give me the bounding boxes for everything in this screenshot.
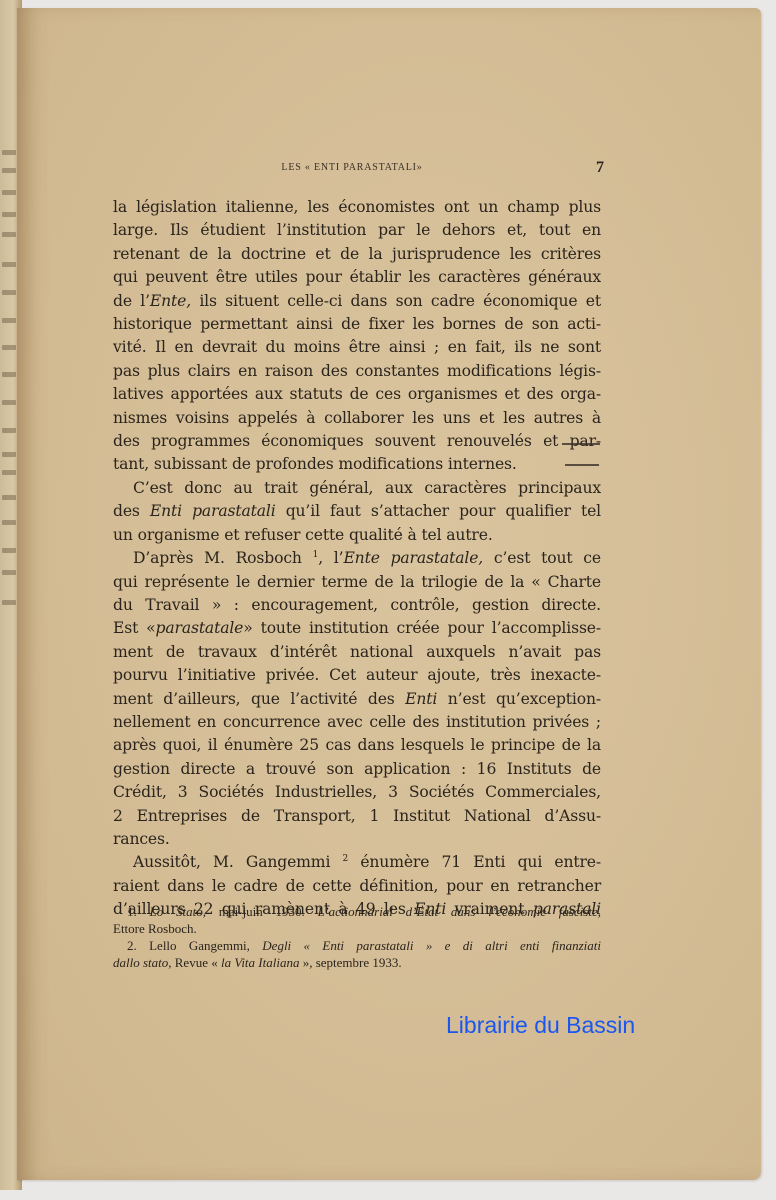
adjacent-page-text-fragment xyxy=(2,452,16,457)
body-line: rances. xyxy=(113,828,601,851)
adjacent-page-text-fragment xyxy=(2,600,16,605)
body-line: des Enti parastatali qu’il faut s’attach… xyxy=(113,500,601,523)
adjacent-page-text-fragment xyxy=(2,548,16,553)
adjacent-page-text-fragment xyxy=(2,372,16,377)
body-line: 2 Entreprises de Transport, 1 Institut N… xyxy=(113,805,601,828)
running-head: LES « ENTI PARASTATALI» 7 xyxy=(100,162,604,178)
adjacent-page-text-fragment xyxy=(2,290,16,295)
adjacent-page-text-fragment xyxy=(2,400,16,405)
pencil-underline-mark xyxy=(562,443,600,445)
footnote-line: dallo stato, Revue « la Vita Italiana »,… xyxy=(113,954,601,971)
body-line: après quoi, il énumère 25 cas dans lesqu… xyxy=(113,734,601,757)
adjacent-page-text-fragment xyxy=(2,570,16,575)
adjacent-page-text-fragment xyxy=(2,150,16,155)
adjacent-page-text-fragment xyxy=(2,262,16,267)
body-line: pas plus clairs en raison des constantes… xyxy=(113,360,601,383)
adjacent-page-text-fragment xyxy=(2,232,16,237)
body-line: retenant de la doctrine et de la jurispr… xyxy=(113,243,601,266)
page-number: 7 xyxy=(596,159,604,177)
body-line: raient dans le cadre de cette définition… xyxy=(113,875,601,898)
footnotes: 1. Lo Stato, mai-juin 1930. L’actionnari… xyxy=(113,903,601,971)
body-text: la législation italienne, les économiste… xyxy=(113,196,601,922)
running-head-title: LES « ENTI PARASTATALI» xyxy=(100,162,604,173)
body-line: D’après M. Rosboch 1, l’Ente parastatale… xyxy=(113,547,601,570)
body-line: la législation italienne, les économiste… xyxy=(113,196,601,219)
body-line: large. Ils étudient l’institution par le… xyxy=(113,219,601,242)
body-line: tant, subissant de profondes modificatio… xyxy=(113,453,601,476)
adjacent-page-text-fragment xyxy=(2,190,16,195)
footnote-line: Ettore Rosboch. xyxy=(113,920,601,937)
body-line: vité. Il en devrait du moins être ainsi … xyxy=(113,336,601,359)
adjacent-page-text-fragment xyxy=(2,168,16,173)
pencil-underline-mark xyxy=(565,464,599,466)
footnote-line: 1. Lo Stato, mai-juin 1930. L’actionnari… xyxy=(113,903,601,920)
adjacent-page-text-fragment xyxy=(2,345,16,350)
adjacent-page-text-fragment xyxy=(2,520,16,525)
adjacent-page-text-fragment xyxy=(2,495,16,500)
body-line: du Travail » : encouragement, contrôle, … xyxy=(113,594,601,617)
footnote-line: 2. Lello Gangemmi, Degli « Enti parastat… xyxy=(113,937,601,954)
adjacent-page-text-fragment xyxy=(2,318,16,323)
body-line: ment de travaux d’intérêt national auxqu… xyxy=(113,641,601,664)
body-line: Aussitôt, M. Gangemmi 2 énumère 71 Enti … xyxy=(113,851,601,874)
body-line: pourvu l’initiative privée. Cet auteur a… xyxy=(113,664,601,687)
body-line: latives apportées aux statuts de ces org… xyxy=(113,383,601,406)
body-line: de l’Ente, ils situent celle-ci dans son… xyxy=(113,290,601,313)
body-line: Crédit, 3 Sociétés Industrielles, 3 Soci… xyxy=(113,781,601,804)
body-line: nismes voisins appelés à collaborer les … xyxy=(113,407,601,430)
body-line: des programmes économiques souvent renou… xyxy=(113,430,601,453)
footnote-ref: 2 xyxy=(343,854,349,864)
adjacent-page-text-fragment xyxy=(2,470,16,475)
body-line: ment d’ailleurs, que l’activité des Enti… xyxy=(113,688,601,711)
body-line: nellement en concurrence avec celle des … xyxy=(113,711,601,734)
footnote-ref: 1 xyxy=(313,550,319,560)
body-line: C’est donc au trait général, aux caractè… xyxy=(113,477,601,500)
body-line: Est «parastatale» toute institution créé… xyxy=(113,617,601,640)
body-line: historique permettant ainsi de fixer les… xyxy=(113,313,601,336)
body-line: gestion directe a trouvé son application… xyxy=(113,758,601,781)
body-line: qui peuvent être utiles pour établir les… xyxy=(113,266,601,289)
watermark-text: Librairie du Bassin xyxy=(446,1012,635,1039)
body-line: qui représente le dernier terme de la tr… xyxy=(113,571,601,594)
adjacent-page-text-fragment xyxy=(2,428,16,433)
body-line: un organisme et refuser cette qualité à … xyxy=(113,524,601,547)
adjacent-page-text-fragment xyxy=(2,212,16,217)
